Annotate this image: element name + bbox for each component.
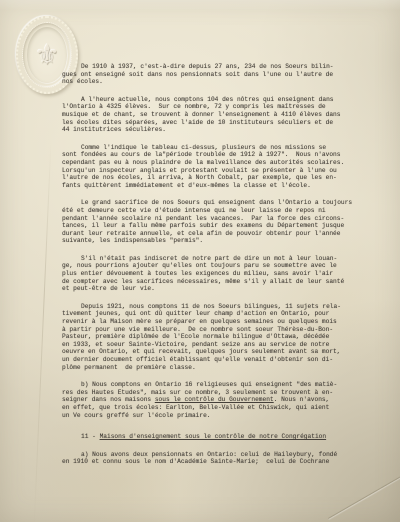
paper-crease-left [33,140,51,522]
letter-body: De 1910 à 1937, c'est-à-dire depuis 27 a… [62,63,360,476]
paragraph-7-underlined-phrase: sous le contrôle du Gouvernement [155,396,274,403]
paper-crease-corner [328,472,400,519]
paragraph-7: b) Nous comptons en Ontario 16 religieus… [62,381,360,419]
section-heading-title: Maisons d'enseignement sous le contrôle … [100,433,327,440]
document-page: ⚜ De 1910 à 1937, c'est-à-dire depuis 27… [0,0,400,522]
paragraph-4: Le grand sacrifice de nos Soeurs qui ens… [62,199,360,245]
fleur-de-lis-icon: ⚜ [34,41,59,69]
paragraph-3: Comme l'indique le tableau ci-dessus, pl… [62,144,360,190]
paragraph-6: Depuis 1921, nous comptons 11 de nos Soe… [62,303,360,371]
paragraph-5: S'il n'était pas indiscret de notre part… [62,255,360,293]
seal-center: ⚜ [27,27,67,83]
paragraph-2: A l'heure actuelle, nous comptons 104 de… [62,96,360,134]
section-heading: 11 - Maisons d'enseignement sous le cont… [62,433,360,441]
section-heading-number: 11 - [81,433,100,440]
paragraph-8: a) Nous avons deux pensionnats en Ontari… [62,451,360,466]
paragraph-1: De 1910 à 1937, c'est-à-dire depuis 27 a… [62,63,360,86]
